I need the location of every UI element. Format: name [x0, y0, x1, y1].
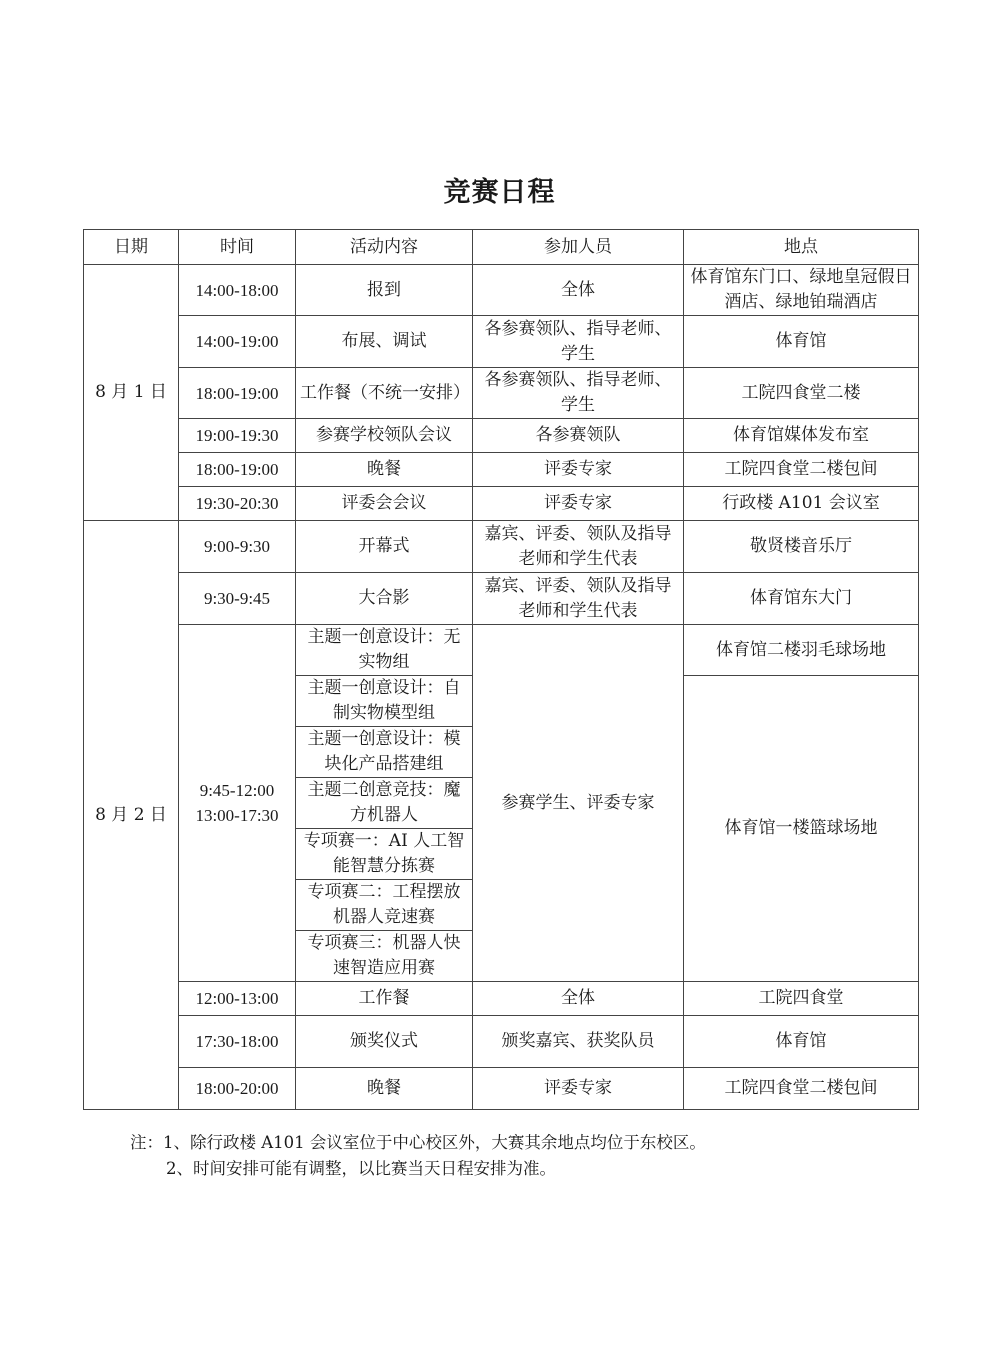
people-cell: 评委专家: [473, 1068, 684, 1110]
table-header-row: 日期 时间 活动内容 参加人员 地点: [84, 230, 919, 265]
header-activity: 活动内容: [296, 230, 473, 265]
activity-cell: 专项赛三：机器人快速智造应用赛: [296, 931, 473, 982]
time-cell: 14:00-19:00: [179, 316, 296, 368]
activity-cell: 主题二创意竞技：魔方机器人: [296, 778, 473, 829]
time-cell: 14:00-18:00: [179, 265, 296, 316]
activity-cell: 晚餐: [296, 453, 473, 487]
table-row: 8 月 1 日 14:00-18:00 报到 全体 体育馆东门口、绿地皇冠假日酒…: [84, 265, 919, 316]
place-cell: 工院四食堂二楼包间: [684, 1068, 919, 1110]
header-time: 时间: [179, 230, 296, 265]
activity-cell: 主题一创意设计：自制实物模型组: [296, 676, 473, 727]
place-cell: 工院四食堂二楼: [684, 368, 919, 419]
page-title: 竞赛日程: [0, 170, 999, 209]
time-cell: 12:00-13:00: [179, 982, 296, 1016]
competition-time-cell: 9:45-12:00 13:00-17:30: [179, 625, 296, 982]
time-line-1: 9:45-12:00: [183, 778, 291, 803]
header-people: 参加人员: [473, 230, 684, 265]
note-2: 2、时间安排可能有调整，以比赛当天日程安排为准。: [166, 1156, 556, 1182]
activity-cell: 开幕式: [296, 521, 473, 573]
time-cell: 18:00-19:00: [179, 453, 296, 487]
table-row: 19:30-20:30 评委会会议 评委专家 行政楼 A101 会议室: [84, 487, 919, 521]
people-cell: 颁奖嘉宾、获奖队员: [473, 1016, 684, 1068]
people-cell: 评委专家: [473, 487, 684, 521]
activity-cell: 报到: [296, 265, 473, 316]
time-cell: 19:30-20:30: [179, 487, 296, 521]
time-line-2: 13:00-17:30: [183, 803, 291, 828]
table-row: 18:00-19:00 晚餐 评委专家 工院四食堂二楼包间: [84, 453, 919, 487]
competition-people-cell: 参赛学生、评委专家: [473, 625, 684, 982]
time-cell: 18:00-20:00: [179, 1068, 296, 1110]
schedule-table: 日期 时间 活动内容 参加人员 地点 8 月 1 日 14:00-18:00 报…: [83, 229, 919, 1110]
table-row: 17:30-18:00 颁奖仪式 颁奖嘉宾、获奖队员 体育馆: [84, 1016, 919, 1068]
activity-cell: 布展、调试: [296, 316, 473, 368]
place-cell: 工院四食堂: [684, 982, 919, 1016]
activity-cell: 工作餐: [296, 982, 473, 1016]
people-cell: 嘉宾、评委、领队及指导老师和学生代表: [473, 573, 684, 625]
header-date: 日期: [84, 230, 179, 265]
place-cell: 体育馆东大门: [684, 573, 919, 625]
people-cell: 各参赛领队、指导老师、学生: [473, 368, 684, 419]
time-cell: 19:00-19:30: [179, 419, 296, 453]
activity-cell: 专项赛二：工程摆放机器人竞速赛: [296, 880, 473, 931]
table-row: 8 月 2 日 9:00-9:30 开幕式 嘉宾、评委、领队及指导老师和学生代表…: [84, 521, 919, 573]
people-cell: 全体: [473, 265, 684, 316]
table-row: 12:00-13:00 工作餐 全体 工院四食堂: [84, 982, 919, 1016]
place-cell: 敬贤楼音乐厅: [684, 521, 919, 573]
date-cell: 8 月 1 日: [84, 265, 179, 521]
people-cell: 评委专家: [473, 453, 684, 487]
place-cell: 体育馆媒体发布室: [684, 419, 919, 453]
time-cell: 17:30-18:00: [179, 1016, 296, 1068]
activity-cell: 评委会会议: [296, 487, 473, 521]
activity-cell: 颁奖仪式: [296, 1016, 473, 1068]
people-cell: 嘉宾、评委、领队及指导老师和学生代表: [473, 521, 684, 573]
activity-cell: 主题一创意设计：模块化产品搭建组: [296, 727, 473, 778]
place-cell: 体育馆一楼篮球场地: [684, 676, 919, 982]
activity-cell: 专项赛一：AI 人工智能智慧分拣赛: [296, 829, 473, 880]
table-row: 14:00-19:00 布展、调试 各参赛领队、指导老师、学生 体育馆: [84, 316, 919, 368]
activity-cell: 参赛学校领队会议: [296, 419, 473, 453]
table-row: 9:30-9:45 大合影 嘉宾、评委、领队及指导老师和学生代表 体育馆东大门: [84, 573, 919, 625]
table-row: 18:00-19:00 工作餐（不统一安排） 各参赛领队、指导老师、学生 工院四…: [84, 368, 919, 419]
people-cell: 各参赛领队: [473, 419, 684, 453]
place-cell: 工院四食堂二楼包间: [684, 453, 919, 487]
time-cell: 9:30-9:45: [179, 573, 296, 625]
header-place: 地点: [684, 230, 919, 265]
time-cell: 9:00-9:30: [179, 521, 296, 573]
people-cell: 各参赛领队、指导老师、学生: [473, 316, 684, 368]
activity-cell: 工作餐（不统一安排）: [296, 368, 473, 419]
table-row: 9:45-12:00 13:00-17:30 主题一创意设计：无实物组 参赛学生…: [84, 625, 919, 676]
time-cell: 18:00-19:00: [179, 368, 296, 419]
place-cell: 体育馆东门口、绿地皇冠假日酒店、绿地铂瑞酒店: [684, 265, 919, 316]
note-1: 注：1、除行政楼 A101 会议室位于中心校区外，大赛其余地点均位于东校区。: [130, 1130, 706, 1156]
activity-cell: 主题一创意设计：无实物组: [296, 625, 473, 676]
activity-cell: 大合影: [296, 573, 473, 625]
place-cell: 行政楼 A101 会议室: [684, 487, 919, 521]
place-cell: 体育馆: [684, 1016, 919, 1068]
table-row: 18:00-20:00 晚餐 评委专家 工院四食堂二楼包间: [84, 1068, 919, 1110]
place-cell: 体育馆: [684, 316, 919, 368]
date-cell: 8 月 2 日: [84, 521, 179, 1110]
activity-cell: 晚餐: [296, 1068, 473, 1110]
place-cell: 体育馆二楼羽毛球场地: [684, 625, 919, 676]
table-row: 19:00-19:30 参赛学校领队会议 各参赛领队 体育馆媒体发布室: [84, 419, 919, 453]
people-cell: 全体: [473, 982, 684, 1016]
